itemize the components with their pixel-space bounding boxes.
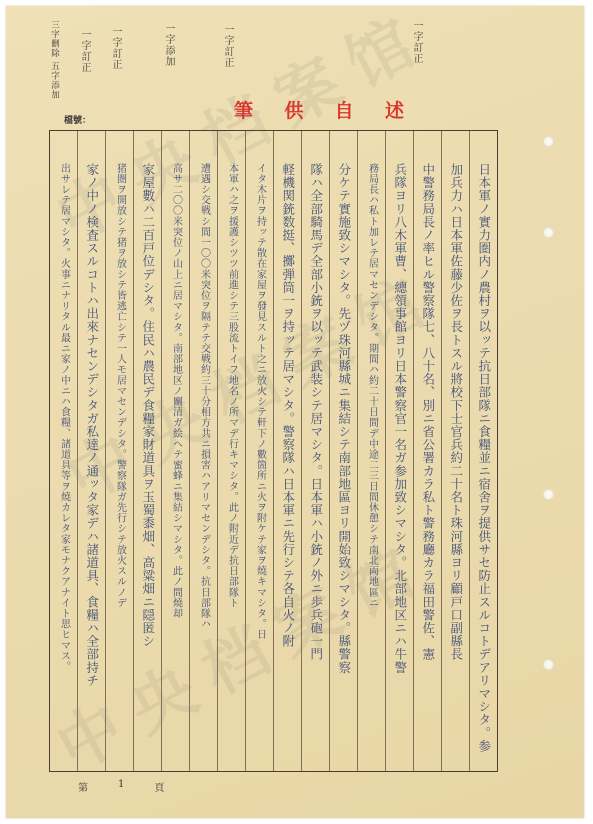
- column-text: 中警務局長ノ率ヒル警察隊七、八十名、別ニ省公署カラ私ト警務廳カラ福田警佐、憲: [421, 163, 434, 661]
- column-text: 兵隊ヨリ八木軍曹、總領事館ヨリ日本警察官一名ガ参加致シマシタ。北部地区ニハ牛警: [393, 163, 406, 674]
- column-text: 出サレテ居マシタ。火事ニナリタル最ニ家ノ中ニハ食糧、諸道具等ヲ燒カレタ家モナクア…: [59, 163, 69, 672]
- margin-note: 一字訂正: [79, 29, 89, 73]
- column-text: 軽機関銃数挺、擲弾筒一ヲ持ッテ居マシタ。警察隊ハ日本軍ニ先行シテ各自火ノ附: [281, 163, 294, 648]
- punch-hole: [543, 659, 554, 670]
- manuscript-column: イタ木片ヲ持ッテ散在家屋ヲ發見スルト之ニ放火シテ軒下ノ數箇所ニ火ヲ附ケテ家ヲ燒キ…: [245, 131, 273, 771]
- column-text: 家ノ中ノ検査スルコトハ出來ナセンデシタガ私達ノ通ッタ家デハ諸道具、食糧ハ全部持チ: [85, 163, 98, 687]
- manuscript-column: 軽機関銃数挺、擲弾筒一ヲ持ッテ居マシタ。警察隊ハ日本軍ニ先行シテ各自火ノ附: [273, 131, 301, 771]
- manuscript-column: 家屋數ハ二百戸位デシタ。住民ハ農民デ食糧家財道具ヲ玉蜀黍畑、高粱畑ニ隠匿シ: [133, 131, 161, 771]
- margin-note: 一字添加: [163, 23, 173, 67]
- column-text: 分ケテ實施致シマシタ。先ヅ珠河縣城ニ集結シテ南部地區ヨリ開始致シマシタ。縣警察: [337, 163, 350, 674]
- punch-hole: [543, 227, 554, 238]
- margin-note: 一字訂正: [110, 26, 120, 70]
- column-text: 加兵力ハ日本軍佐藤少佐ヲ長トスル將校下士官兵約二十名ト珠河縣ヨリ顧戸口副縣長: [449, 163, 462, 661]
- page-number: 1: [118, 779, 124, 794]
- footer-prefix: 第: [78, 779, 88, 794]
- column-text: 日本軍ノ實力圏内ノ農村ヲ以ッテ抗日部隊ニ食糧並ニ宿舍ヲ提供サセ防止スルコトデアリ…: [477, 163, 490, 753]
- manuscript-column: 出サレテ居マシタ。火事ニナリタル最ニ家ノ中ニハ食糧、諸道具等ヲ燒カレタ家モナクア…: [50, 131, 77, 771]
- manuscript-column: 務局長ハ私ト加レテ居マセンデシタ。期間ハ約二十日間デ中途二三日間休憩シテ南北両地…: [357, 131, 385, 771]
- title-char: 筆: [234, 96, 253, 123]
- manuscript-grid: 日本軍ノ實力圏内ノ農村ヲ以ッテ抗日部隊ニ食糧並ニ宿舍ヲ提供サセ防止スルコトデアリ…: [49, 130, 498, 772]
- manuscript-column: 日本軍ノ實力圏内ノ農村ヲ以ッテ抗日部隊ニ食糧並ニ宿舍ヲ提供サセ防止スルコトデアリ…: [469, 131, 497, 771]
- footer-suffix: 頁: [154, 779, 164, 794]
- margin-note: 一字訂正: [411, 20, 421, 64]
- manuscript-column: 兵隊ヨリ八木軍曹、總領事館ヨリ日本警察官一名ガ参加致シマシタ。北部地区ニハ牛警: [385, 131, 413, 771]
- manuscript-column: 家ノ中ノ検査スルコトハ出來ナセンデシタガ私達ノ通ッタ家デハ諸道具、食糧ハ全部持チ: [77, 131, 105, 771]
- title-char: 述: [385, 96, 404, 123]
- column-text: 務局長ハ私ト加レテ居マセンデシタ。期間ハ約二十日間デ中途二三日間休憩シテ南北両地…: [367, 163, 377, 608]
- manuscript-column: 中警務局長ノ率ヒル警察隊七、八十名、別ニ省公署カラ私ト警務廳カラ福田警佐、憲: [413, 131, 441, 771]
- manuscript-column: 猪圏ヲ開放シテ猪ヲ放シテ皆逃亡シテ一人モ居マセンデシタ。警察隊ガ先行シテ放火スル…: [105, 131, 133, 771]
- column-text: 家屋數ハ二百戸位デシタ。住民ハ農民デ食糧家財道具ヲ玉蜀黍畑、高粱畑ニ隠匿シ: [141, 163, 154, 648]
- column-text: 本軍ハ之ヲ援護シツツ前進シテ三股流トイフ地名ノ所マデ行キマシタ。此ノ附近デ抗日部…: [227, 163, 237, 608]
- punch-hole: [543, 136, 554, 147]
- margin-note: 三字刪除 五字添加: [50, 20, 59, 100]
- column-text: 高サ二〇〇米突位ノ山上ニ居マシタ。南部地区ノ關清ガ絵ヘテ蜜蜂ニ集結シマシタ。此ノ…: [171, 163, 181, 619]
- manuscript-column: 分ケテ實施致シマシタ。先ヅ珠河縣城ニ集結シテ南部地區ヨリ開始致シマシタ。縣警察: [329, 131, 357, 771]
- column-text: 隊ハ全部騎馬デ全部小銃ヲ以ッテ武装シテ居マシタ。日本軍ハ小銃ノ外ニ歩兵砲一門: [309, 163, 322, 661]
- title-char: 自: [335, 96, 354, 123]
- manuscript-column: 遭遇シ交戦シ間一〇〇米突位ヲ隔テテ交戦約三十分相方共ニ損害ハアリマセンデシタ。抗…: [189, 131, 217, 771]
- document-title: 筆 供 自 述: [234, 96, 404, 123]
- title-char: 供: [284, 96, 303, 123]
- manuscript-column: 高サ二〇〇米突位ノ山上ニ居マシタ。南部地区ノ關清ガ絵ヘテ蜜蜂ニ集結シマシタ。此ノ…: [161, 131, 189, 771]
- column-text: 猪圏ヲ開放シテ猪ヲ放シテ皆逃亡シテ一人モ居マセンデシタ。警察隊ガ先行シテ放火スル…: [115, 163, 125, 608]
- column-text: イタ木片ヲ持ッテ散在家屋ヲ發見スルト之ニ放火シテ軒下ノ數箇所ニ火ヲ附ケテ家ヲ燒キ…: [255, 163, 265, 640]
- manuscript-column: 隊ハ全部騎馬デ全部小銃ヲ以ッテ武装シテ居マシタ。日本軍ハ小銃ノ外ニ歩兵砲一門: [301, 131, 329, 771]
- document-page: 中央档案馆 中央档案馆 中央档案馆 三字刪除 五字添加 一字訂正 一字訂正 一字…: [6, 6, 584, 818]
- manuscript-column: 加兵力ハ日本軍佐藤少佐ヲ長トスル將校下士官兵約二十名ト珠河縣ヨリ顧戸口副縣長: [441, 131, 469, 771]
- margin-note: 一字訂正: [222, 24, 232, 68]
- column-text: 遭遇シ交戦シ間一〇〇米突位ヲ隔テテ交戦約三十分相方共ニ損害ハアリマセンデシタ。抗…: [199, 163, 209, 629]
- file-number-label: 檔號：: [64, 113, 91, 126]
- manuscript-column: 本軍ハ之ヲ援護シツツ前進シテ三股流トイフ地名ノ所マデ行キマシタ。此ノ附近デ抗日部…: [217, 131, 245, 771]
- page-footer: 第 1 頁: [78, 779, 164, 794]
- punch-hole: [543, 489, 554, 500]
